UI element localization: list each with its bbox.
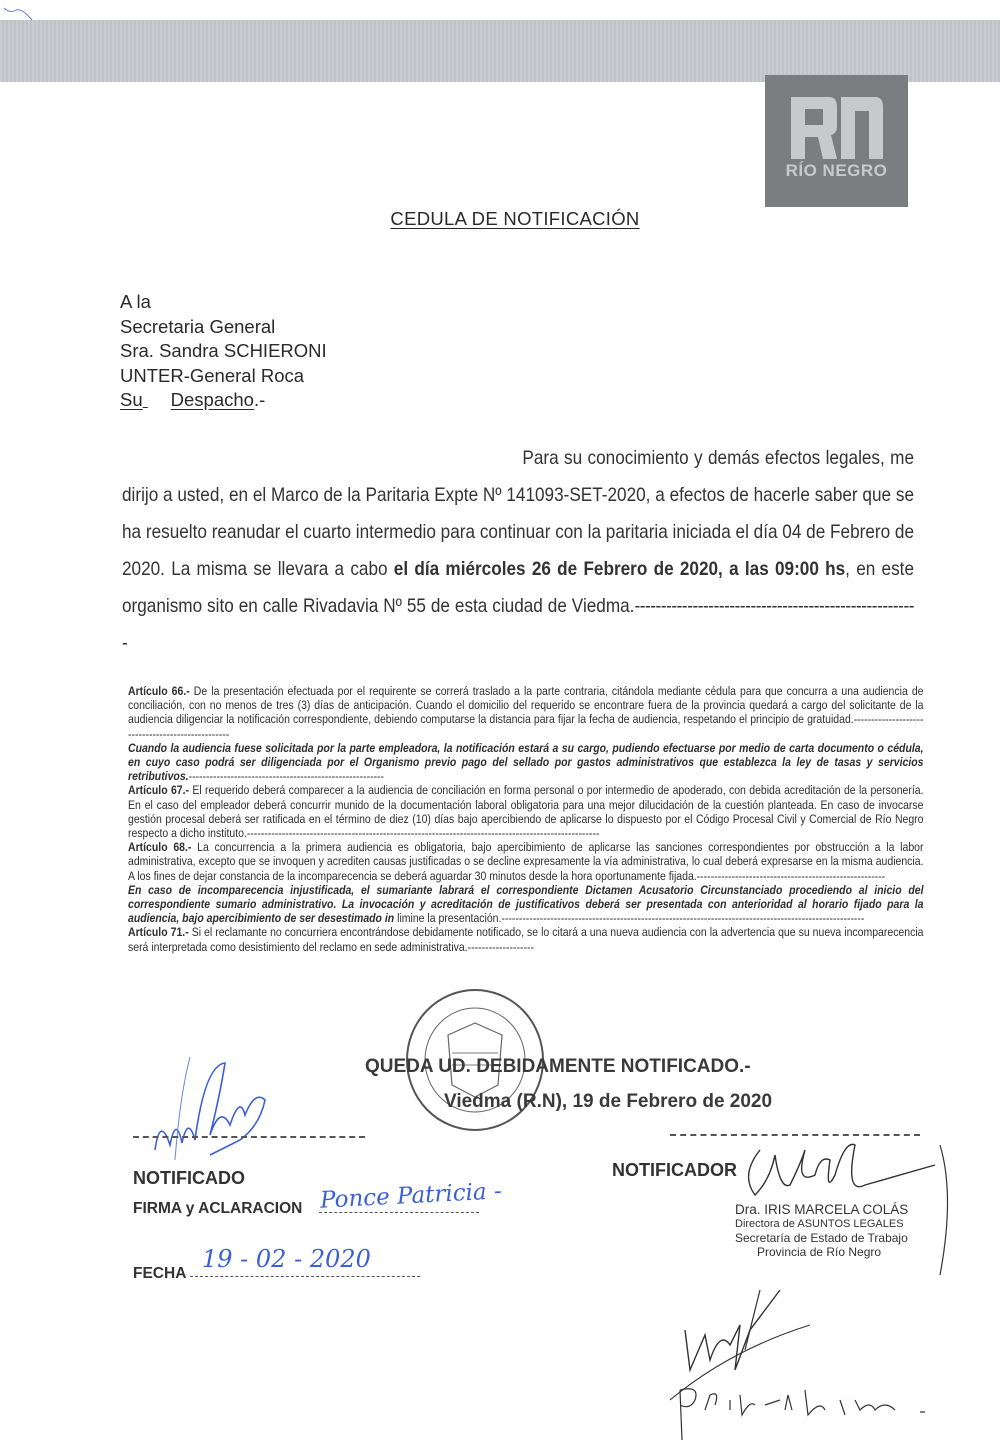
fecha-line [190, 1276, 420, 1277]
firma-label: FIRMA y ACLARACION [133, 1200, 302, 1218]
firma-handwritten: Ponce Patricia - [319, 1178, 502, 1213]
signature-line [133, 1136, 365, 1138]
meeting-datetime: el día miércoles 26 de Febrero de 2020, … [394, 558, 845, 580]
recipient-line: UNTER-General Roca [120, 364, 327, 389]
logo-text: RÍO NEGRO [765, 161, 908, 181]
body-paragraph: Para su conocimiento y demás efectos leg… [122, 440, 914, 662]
article-68-italic: En caso de incomparecencia injustificada… [128, 883, 924, 926]
stamp-name: Dra. IRIS MARCELA COLÁS [735, 1203, 908, 1217]
recipient-line: Secretaria General [120, 315, 327, 340]
pen-scribble-icon [2, 2, 42, 24]
notified-statement: QUEDA UD. DEBIDAMENTE NOTIFICADO.- [365, 1056, 751, 1078]
document-title: CEDULA DE NOTIFICACIÓN [0, 208, 1000, 230]
fecha-handwritten: 19 - 02 - 2020 [202, 1245, 371, 1273]
header-band [0, 20, 1000, 82]
signature-bottom-icon [630, 1290, 970, 1440]
signature-notificado-icon [150, 1055, 290, 1160]
stamp-province: Provincia de Río Negro [735, 1245, 908, 1259]
fecha-label: FECHA [133, 1265, 186, 1283]
article-68: Artículo 68.- La concurrencia a la prime… [128, 840, 924, 883]
article-67: Artículo 67.- El requerido deberá compar… [128, 783, 924, 840]
place-and-date: Viedma (R.N), 19 de Febrero de 2020 [444, 1091, 772, 1113]
article-66: Artículo 66.- De la presentación efectua… [128, 684, 924, 741]
stamp-role: Directora de ASUNTOS LEGALES [735, 1217, 908, 1231]
recipient-line: Sra. Sandra SCHIERONI [120, 339, 327, 364]
rn-monogram-icon [787, 93, 887, 163]
legal-articles: Artículo 66.- De la presentación efectua… [128, 684, 924, 954]
article-71: Artículo 71.- Si el reclamante no concur… [128, 925, 924, 953]
rio-negro-logo: RÍO NEGRO [765, 75, 908, 207]
notificador-label: NOTIFICADOR [612, 1160, 737, 1181]
recipient-line: A la [120, 290, 327, 315]
official-stamp: Dra. IRIS MARCELA COLÁS Directora de ASU… [735, 1203, 908, 1259]
recipient-block: A la Secretaria General Sra. Sandra SCHI… [120, 290, 327, 413]
recipient-line: Su Despacho.- [120, 388, 327, 413]
notificado-label: NOTIFICADO [133, 1168, 245, 1189]
article-66-italic: Cuando la audiencia fuese solicitada por… [128, 741, 924, 784]
stamp-org: Secretaría de Estado de Trabajo [735, 1231, 908, 1245]
